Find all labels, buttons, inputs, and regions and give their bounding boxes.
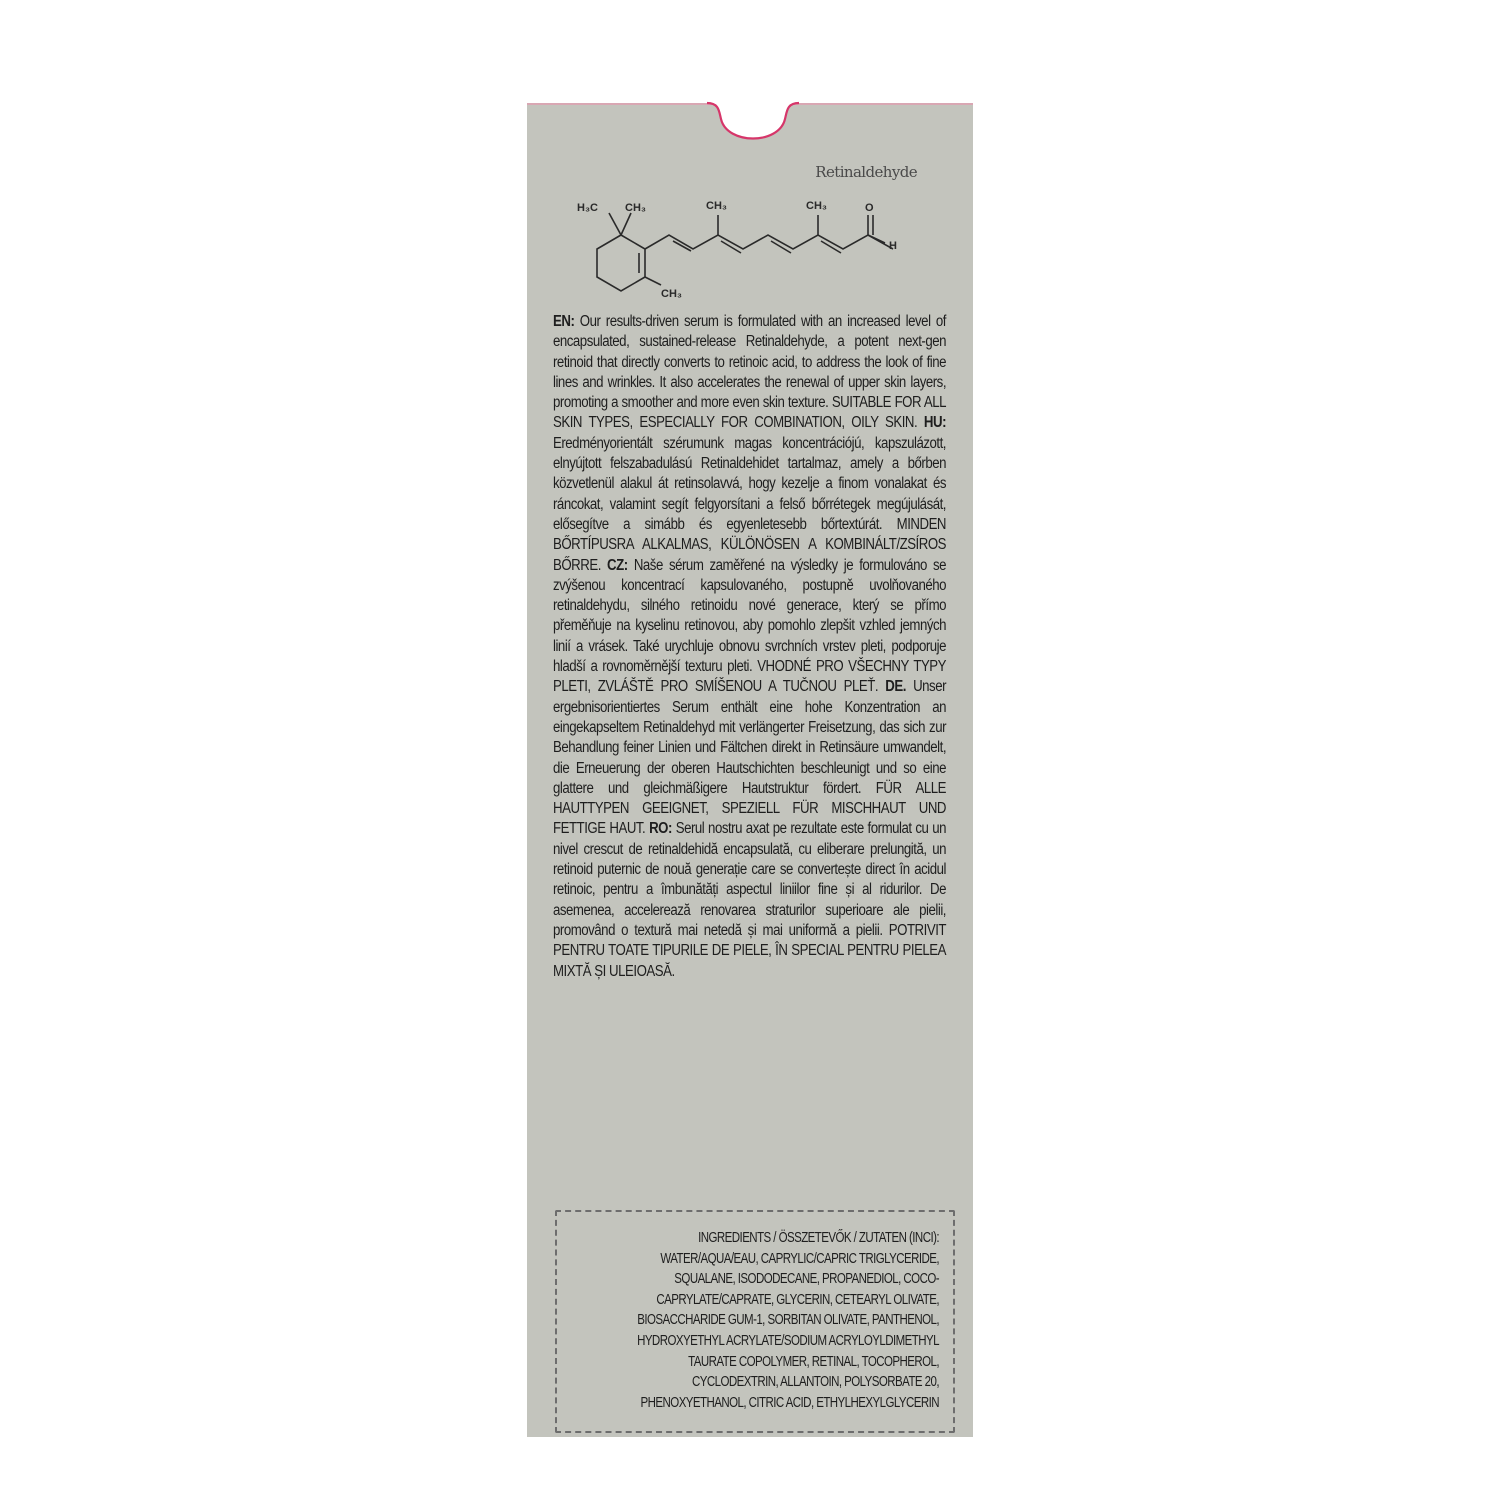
label-ch3-ring: CH₃ <box>661 288 682 300</box>
lang-code-en: EN: <box>553 313 574 330</box>
ingredients-line: CYCLODEXTRIN, ALLANTOIN, POLYSORBATE 20, <box>563 1372 939 1393</box>
lang-code-hu: HU: <box>924 414 946 431</box>
ingredients-line: HYDROXYETHYL ACRYLATE/SODIUM ACRYLOYLDIM… <box>563 1331 939 1352</box>
lang-code-de: DE. <box>885 678 906 695</box>
ingredients-line: SQUALANE, ISODODECANE, PROPANEDIOL, COCO… <box>563 1269 939 1290</box>
description-cz: Naše sérum zaměřené na výsledky je formu… <box>553 557 946 696</box>
description-ro: Serul nostru axat pe rezultate este form… <box>553 820 946 979</box>
ingredients-heading: INGREDIENTS / ÖSSZETEVŐK / ZUTATEN (INCI… <box>563 1228 939 1249</box>
label-hydrogen: H <box>889 240 897 252</box>
ingredients-line: BIOSACCHARIDE GUM-1, SORBITAN OLIVATE, P… <box>563 1310 939 1331</box>
lang-code-cz: CZ: <box>607 557 628 574</box>
label-ch3-chain-2: CH₃ <box>806 200 827 212</box>
hanger-notch-icon <box>705 101 801 157</box>
multilingual-description: EN: Our results-driven serum is formulat… <box>553 312 946 982</box>
label-oxygen: O <box>865 202 874 214</box>
ingredients-line: WATER/AQUA/EAU, CAPRYLIC/CAPRIC TRIGLYCE… <box>563 1249 939 1270</box>
description-hu: Eredményorientált szérumunk magas koncen… <box>553 435 946 574</box>
description-de: Unser ergebnisorientiertes Serum enthält… <box>553 678 946 837</box>
ingredients-line: CAPRYLATE/CAPRATE, GLYCERIN, CETEARYL OL… <box>563 1290 939 1311</box>
ingredients-line: PHENOXYETHANOL, CITRIC ACID, ETHYLHEXYLG… <box>563 1393 939 1414</box>
label-ch3-gem: CH₃ <box>625 202 646 214</box>
retinaldehyde-structure-diagram: H₃C CH₃ CH₃ CH₃ O H CH₃ <box>563 193 923 303</box>
description-en: Our results-driven serum is formulated w… <box>553 313 946 431</box>
label-ch3-chain-1: CH₃ <box>706 200 727 212</box>
label-h3c: H₃C <box>577 202 598 214</box>
molecule-title: Retinaldehyde <box>815 163 917 181</box>
product-label-panel: Retinaldehyde H₃C CH₃ CH₃ <box>527 103 973 1437</box>
lang-code-ro: RO: <box>649 820 672 837</box>
ingredients-list: INGREDIENTS / ÖSSZETEVŐK / ZUTATEN (INCI… <box>563 1228 939 1413</box>
ingredients-box: INGREDIENTS / ÖSSZETEVŐK / ZUTATEN (INCI… <box>555 1210 955 1433</box>
ingredients-line: TAURATE COPOLYMER, RETINAL, TOCOPHEROL, <box>563 1352 939 1373</box>
